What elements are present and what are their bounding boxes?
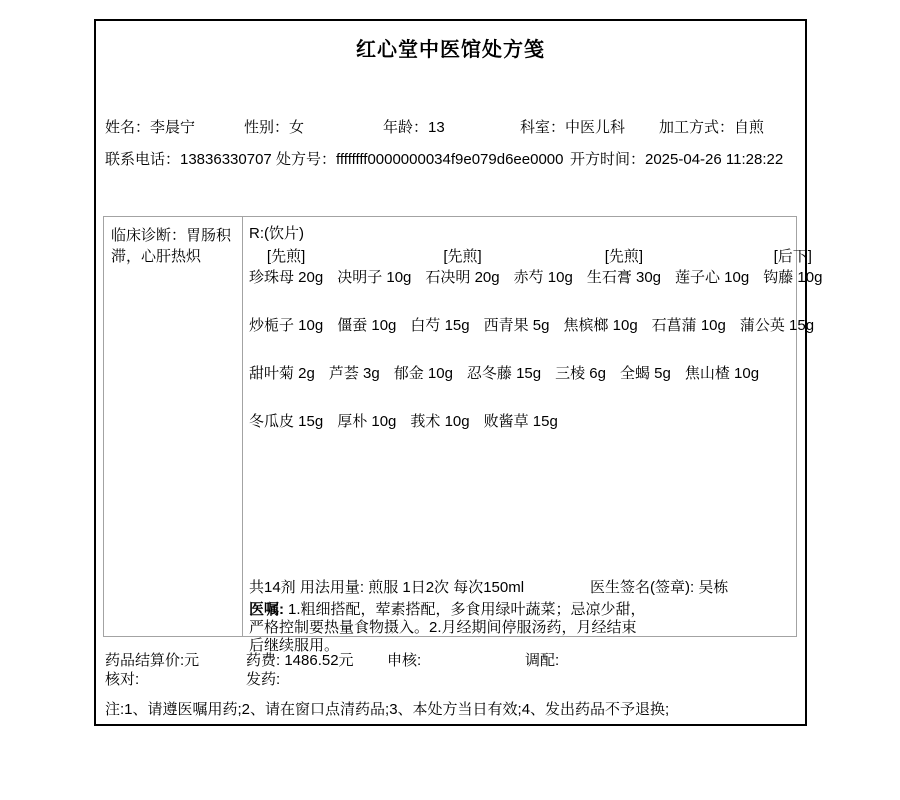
rx-header: R:(饮片) (249, 224, 822, 244)
prescription-number-field: 处方号：ffffffff0000000034f9e079d6ee0000 (276, 148, 563, 169)
medicine-name-dose: 忍冬藤 15g (467, 364, 541, 384)
medicine-name-dose: 赤芍 10g (514, 268, 573, 288)
medicine-name-dose: 芦荟 3g (329, 364, 380, 384)
medicine-item: [后下]钩藤 10g (763, 246, 822, 288)
medicine-item: 忍冬藤 15g (467, 342, 541, 384)
medicine-name-dose: 三棱 6g (555, 364, 606, 384)
dosage-usage-text: 共14剂 用法用量: 煎服 1日2次 每次150ml (249, 579, 524, 596)
decoction-note (710, 246, 714, 268)
patient-gender-field: 性别：女 (244, 116, 304, 137)
medicine-item: 焦山楂 10g (685, 342, 759, 384)
medicine-row: 甜叶菊 2g 芦荟 3g 郁金 10g 忍冬藤 15g 三棱 6g 全蝎 5g … (249, 342, 822, 384)
medicine-name-dose: 厚朴 10g (337, 412, 396, 432)
footer-note: 注:1、请遵医嘱用药;2、请在窗口点清药品;3、本处方当日有效;4、发出药品不予… (105, 698, 669, 719)
medicine-name-dose: 郁金 10g (394, 364, 453, 384)
decoction-note (365, 294, 369, 316)
medicine-name-dose: 钩藤 10g (763, 268, 822, 288)
phone-field: 联系电话：13836330707 (105, 148, 272, 169)
patient-info-row-2: 联系电话：13836330707 处方号：ffffffff0000000034f… (96, 148, 805, 166)
prescription-detail: R:(饮片) [先煎]珍珠母 20g 决明子 10g[先煎]石决明 20g 赤芍… (243, 217, 828, 636)
decoction-note (643, 342, 647, 364)
decoction-note (541, 246, 545, 268)
medicine-item: 厚朴 10g (337, 390, 396, 432)
medicine-name-dose: 石菖蒲 10g (652, 316, 726, 336)
medicine-fee-field: 药费: 1486.52元 (246, 649, 354, 670)
decoction-note (352, 342, 356, 364)
medicine-name-dose: 莲子心 10g (675, 268, 749, 288)
page-title: 红心堂中医馆处方笺 (96, 33, 805, 62)
prescription-page: { "page": { "title": "红心堂中医馆处方笺" }, "pat… (0, 0, 900, 800)
decoction-note (598, 294, 602, 316)
decoction-note (502, 342, 506, 364)
decoction-note (284, 390, 288, 412)
medicine-name-dose: 焦槟榔 10g (563, 316, 637, 336)
decoction-note (720, 342, 724, 364)
department-field: 科室：中医儿科 (520, 116, 625, 137)
medicine-name-dose: 白芍 15g (410, 316, 469, 336)
medicine-item: 郁金 10g (394, 342, 453, 384)
medicine-item: 全蝎 5g (620, 342, 671, 384)
prescription-body: 临床诊断：胃肠积滞，心肝热炽 R:(饮片) [先煎]珍珠母 20g 决明子 10… (103, 216, 797, 637)
medicine-item: 决明子 10g (337, 246, 411, 288)
medicine-name-dose: 珍珠母 20g (249, 268, 323, 288)
decoction-note (578, 342, 582, 364)
advice-text: 1.粗细搭配，荤素搭配，多食用绿叶蔬菜；忌凉少甜，严格控制要热量食物摄入。2.月… (249, 601, 646, 654)
patient-name-field: 姓名：李晨宁 (105, 116, 195, 137)
check-field: 核对: (105, 668, 139, 689)
medicine-item: 僵蚕 10g (337, 294, 396, 336)
medicine-name-dose: 决明子 10g (337, 268, 411, 288)
medicine-item: 莪术 10g (410, 390, 469, 432)
patient-info-row-1: 姓名：李晨宁 性别：女 年龄：13 科室：中医儿科 加工方式：自煎 (96, 116, 805, 134)
medicine-item: [先煎]珍珠母 20g (249, 246, 323, 288)
decoction-note (372, 246, 376, 268)
usage-summary-row: 共14剂 用法用量: 煎服 1日2次 每次150ml 医生签名(签章): 吴栋 (249, 578, 822, 598)
medicine-name-dose: 焦山楂 10g (685, 364, 759, 384)
medicine-name-dose: 蒲公英 15g (740, 316, 814, 336)
medical-advice: 医嘱:1.粗细搭配，荤素搭配，多食用绿叶蔬菜；忌凉少甜，严格控制要热量食物摄入。… (249, 601, 647, 655)
medicine-name-dose: 全蝎 5g (620, 364, 671, 384)
doctor-signature: 医生签名(签章): 吴栋 (590, 578, 728, 598)
spacer (249, 438, 822, 578)
medicine-item: [先煎]生石膏 30g (587, 246, 661, 288)
footer-row-1: 药品结算价:元 药费: 1486.52元 申核: 调配: (96, 649, 805, 667)
settlement-price-field: 药品结算价:元 (105, 649, 199, 670)
medicine-row: 冬瓜皮 15g 厚朴 10g 莪术 10g 败酱草 15g (249, 390, 822, 432)
decoction-note (775, 294, 779, 316)
decoction-note (514, 294, 518, 316)
medicine-item: 石菖蒲 10g (652, 294, 726, 336)
prescription-sheet: 红心堂中医馆处方笺 姓名：李晨宁 性别：女 年龄：13 科室：中医儿科 加工方式… (94, 19, 807, 726)
medicine-name-dose: 石决明 20g (425, 268, 499, 288)
decoction-note (687, 294, 691, 316)
clinical-diagnosis: 临床诊断：胃肠积滞，心肝热炽 (104, 217, 243, 636)
medicine-item: 赤芍 10g (514, 246, 573, 288)
medicine-name-dose: 冬瓜皮 15g (249, 412, 323, 432)
medicine-item: 蒲公英 15g (740, 294, 814, 336)
medicine-row: 炒栀子 10g 僵蚕 10g 白芍 15g 西青果 5g 焦槟榔 10g 石菖蒲… (249, 294, 822, 336)
medicine-name-dose: 败酱草 15g (484, 412, 558, 432)
medicine-item: 三棱 6g (555, 342, 606, 384)
footer-row-2: 核对: 发药: (96, 668, 805, 686)
decoction-note (280, 342, 284, 364)
decoction-note (365, 390, 369, 412)
medicine-item: [先煎]石决明 20g (425, 246, 499, 288)
decoction-note: [先煎] (443, 246, 481, 268)
medicine-item: 莲子心 10g (675, 246, 749, 288)
medicine-name-dose: 僵蚕 10g (337, 316, 396, 336)
decoction-note (438, 390, 442, 412)
medicine-name-dose: 莪术 10g (410, 412, 469, 432)
prescription-time-field: 开方时间：2025-04-26 11:28:22 (570, 148, 783, 169)
patient-age-field: 年龄：13 (383, 116, 445, 137)
advice-label: 医嘱: (249, 601, 284, 618)
medicine-name-dose: 生石膏 30g (587, 268, 661, 288)
medicine-row: [先煎]珍珠母 20g 决明子 10g[先煎]石决明 20g 赤芍 10g[先煎… (249, 246, 822, 288)
medicine-item: 芦荟 3g (329, 342, 380, 384)
decoction-note: [先煎] (267, 246, 305, 268)
medicine-item: 白芍 15g (410, 294, 469, 336)
decoction-note (519, 390, 523, 412)
review-field: 申核: (387, 649, 421, 670)
medicine-item: 败酱草 15g (484, 390, 558, 432)
decoction-note: [后下] (774, 246, 812, 268)
medicine-item: 炒栀子 10g (249, 294, 323, 336)
medicine-item: 甜叶菊 2g (249, 342, 315, 384)
medicine-name-dose: 炒栀子 10g (249, 316, 323, 336)
issue-medicine-field: 发药: (246, 668, 280, 689)
decoction-note (438, 294, 442, 316)
medicine-item: 西青果 5g (484, 294, 550, 336)
decoction-note (284, 294, 288, 316)
dispense-prepare-field: 调配: (525, 649, 559, 670)
decoction-note: [先煎] (605, 246, 643, 268)
medicine-name-dose: 西青果 5g (484, 316, 550, 336)
medicine-item: 焦槟榔 10g (563, 294, 637, 336)
processing-method-field: 加工方式：自煎 (659, 116, 764, 137)
medicine-grid: [先煎]珍珠母 20g 决明子 10g[先煎]石决明 20g 赤芍 10g[先煎… (249, 246, 822, 432)
decoction-note (421, 342, 425, 364)
medicine-name-dose: 甜叶菊 2g (249, 364, 315, 384)
medicine-item: 冬瓜皮 15g (249, 390, 323, 432)
